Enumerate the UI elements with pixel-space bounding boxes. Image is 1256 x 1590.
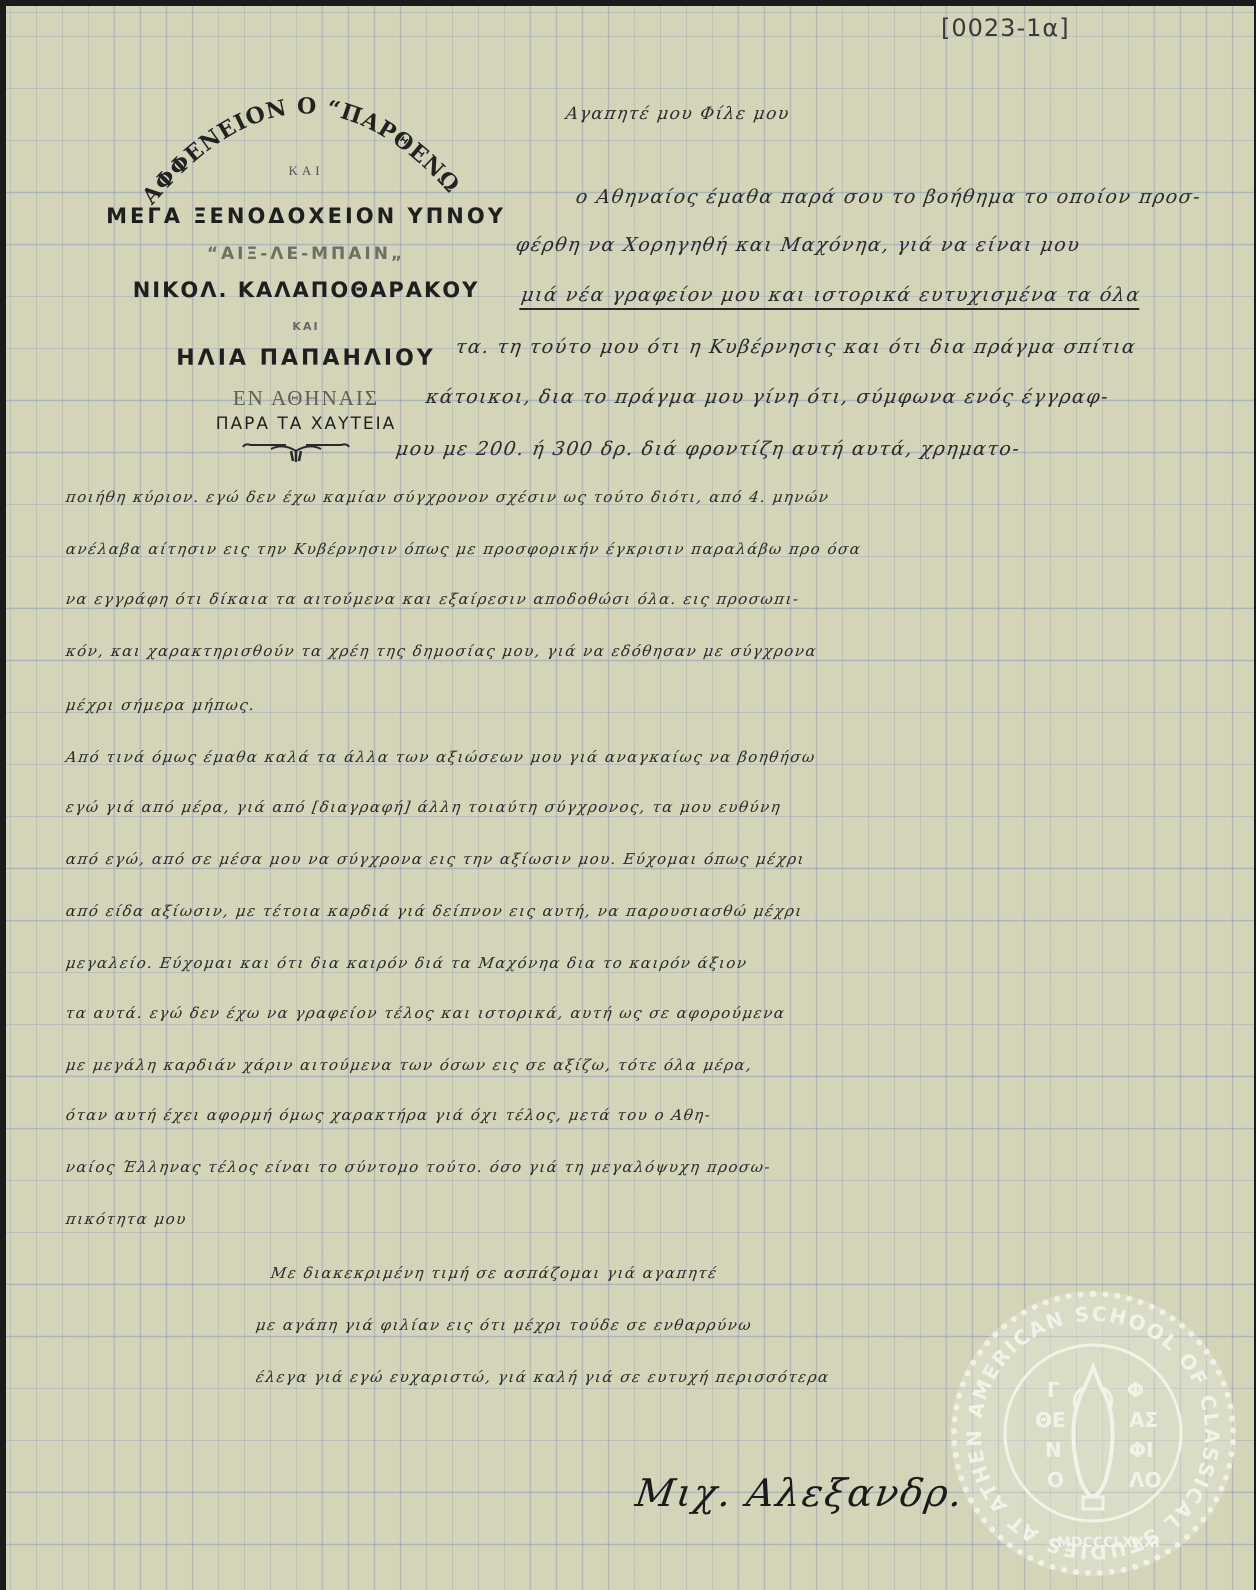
seal-letter: ΦΙ xyxy=(1129,1438,1153,1462)
arch-title: ΚΑΦΦΕΝΕΙΟΝ Ο “ΠΑΡΘΕΝΩΝ„ xyxy=(96,66,516,206)
letter-line: κόν, και χαρακτηρισθούν τα χρέη της δημο… xyxy=(65,642,819,660)
letter-line: τα αυτά. εγώ δεν έχω να γραφείον τέλος κ… xyxy=(65,1004,787,1022)
letter-line: μου με 200. ή 300 δρ. διά φροντίζη αυτή … xyxy=(394,438,1021,460)
signature: Μιχ. Αλεξανδρ. xyxy=(633,1471,967,1515)
letter-line: με μεγάλη καρδιάν χάριν αιτούμενα των όσ… xyxy=(65,1056,754,1074)
letter-line: τα. τη τούτο μου ότι η Κυβέρνησις και ότ… xyxy=(454,336,1138,358)
seal-letter: ΑΣ xyxy=(1129,1408,1158,1432)
archive-reference: [0023-1α] xyxy=(941,14,1070,42)
letter-line: από εγώ, από σε μέσα μου να σύγχρονα εις… xyxy=(65,850,807,868)
seal-letter: Γ xyxy=(1047,1378,1060,1402)
svg-text:ΚΑΦΦΕΝΕΙΟΝ Ο “ΠΑΡΘΕΝΩΝ„: ΚΑΦΦΕΝΕΙΟΝ Ο “ΠΑΡΘΕΝΩΝ„ xyxy=(96,66,465,206)
letter-line: όταν αυτή έχει αφορμή όμως χαρακτήρα γιά… xyxy=(65,1106,713,1124)
letter-line: ναίος Έλληνας τέλος είναι το σύντομο τού… xyxy=(65,1158,773,1176)
letter-line: ανέλαβα αίτησιν εις την Κυβέρνησιν όπως … xyxy=(65,540,863,558)
letterhead-owner-1: ΝΙΚΟΛ. ΚΑΛΑΠΟΘΑΡΑΚΟΥ xyxy=(96,278,516,302)
seal-letter: Φ xyxy=(1127,1378,1144,1402)
letter-line: ο Αθηναίος έμαθα παρά σου το βοήθημα το … xyxy=(574,186,1202,208)
letter-line: Από τινά όμως έμαθα καλά τα άλλα των αξι… xyxy=(65,748,817,766)
salutation: Αγαπητέ μου Φίλε μου xyxy=(565,104,792,124)
letter-page: [0023-1α] ΚΑΦΦΕΝΕΙΟΝ Ο “ΠΑΡΘΕΝΩΝ„ ΚΑΙ ΜΕ… xyxy=(6,6,1254,1590)
arch-title-text: ΚΑΦΦΕΝΕΙΟΝ Ο “ΠΑΡΘΕΝΩΝ„ xyxy=(96,66,465,206)
seal-letter: Ν xyxy=(1045,1438,1062,1462)
flourish-icon xyxy=(241,441,351,463)
letter-line: πικότητα μου xyxy=(65,1210,189,1228)
letterhead: ΚΑΦΦΕΝΕΙΟΝ Ο “ΠΑΡΘΕΝΩΝ„ ΚΑΙ ΜΕΓΑ ΞΕΝΟΔΟΧ… xyxy=(96,66,516,486)
letter-line: εγώ γιά από μέρα, γιά από [διαγραφή] άλλ… xyxy=(65,798,783,816)
svg-text:AMERICAN SCHOOL OF CLASSICAL S: AMERICAN SCHOOL OF CLASSICAL STUDIES AT … xyxy=(957,1297,1224,1564)
letter-line: κάτοικοι, δια το πράγμα μου γίνη ότι, σύ… xyxy=(424,386,1110,408)
letterhead-owner-2: ΗΛΙΑ ΠΑΠΑΗΛΙΟΥ xyxy=(96,346,516,371)
embossed-seal: AMERICAN SCHOOL OF CLASSICAL STUDIES AT … xyxy=(951,1291,1236,1576)
letterhead-and-1: ΚΑΙ xyxy=(96,163,516,179)
seal-year: MDCCCLXXXI xyxy=(1057,1535,1160,1551)
letter-line: φέρθη να Χορηγηθή και Μαχόνηα, γιά να εί… xyxy=(514,234,1081,256)
letter-line: από είδα αξίωσιν, με τέτοια καρδιά γιά δ… xyxy=(65,902,804,920)
closing-line: έλεγα γιά εγώ ευχαριστώ, γιά καλή γιά σε… xyxy=(255,1368,831,1386)
seal-icon: AMERICAN SCHOOL OF CLASSICAL STUDIES AT … xyxy=(957,1297,1230,1570)
closing-line: Με διακεκριμένη τιμή σε ασπάζομαι γιά αγ… xyxy=(270,1264,719,1282)
letter-line: ποιήθη κύριον. εγώ δεν έχω καμίαν σύγχρο… xyxy=(65,488,831,506)
letterhead-hotel: ΜΕΓΑ ΞΕΝΟΔΟΧΕΙΟΝ ΥΠΝΟΥ xyxy=(96,204,516,228)
letterhead-street: ΠΑΡΑ ΤΑ ΧΑΥΤΕΙΑ xyxy=(96,414,516,434)
seal-letter: Ο xyxy=(1047,1468,1064,1492)
letter-line: μιά νέα γραφείον μου και ιστορικά ευτυχι… xyxy=(519,284,1142,310)
letter-line: μεγαλείο. Εύχομαι και ότι δια καιρόν διά… xyxy=(65,954,749,972)
closing-line: με αγάπη γιά φιλίαν εις ότι μέχρι τούδε … xyxy=(255,1316,754,1334)
seal-letter: ΘΕ xyxy=(1035,1408,1066,1432)
seal-outer-text: AMERICAN SCHOOL OF CLASSICAL STUDIES AT … xyxy=(957,1297,1224,1564)
letterhead-hotel-name: “ΑΙΞ-ΛΕ-ΜΠΑΙΝ„ xyxy=(96,244,516,264)
letter-line: μέχρι σήμερα μήπως. xyxy=(65,696,257,714)
seal-letter: ΛΟ xyxy=(1129,1468,1161,1492)
letterhead-and-2: ΚΑΙ xyxy=(96,320,516,333)
letter-line: να εγγράφη ότι δίκαια τα αιτούμενα και ε… xyxy=(65,590,801,608)
